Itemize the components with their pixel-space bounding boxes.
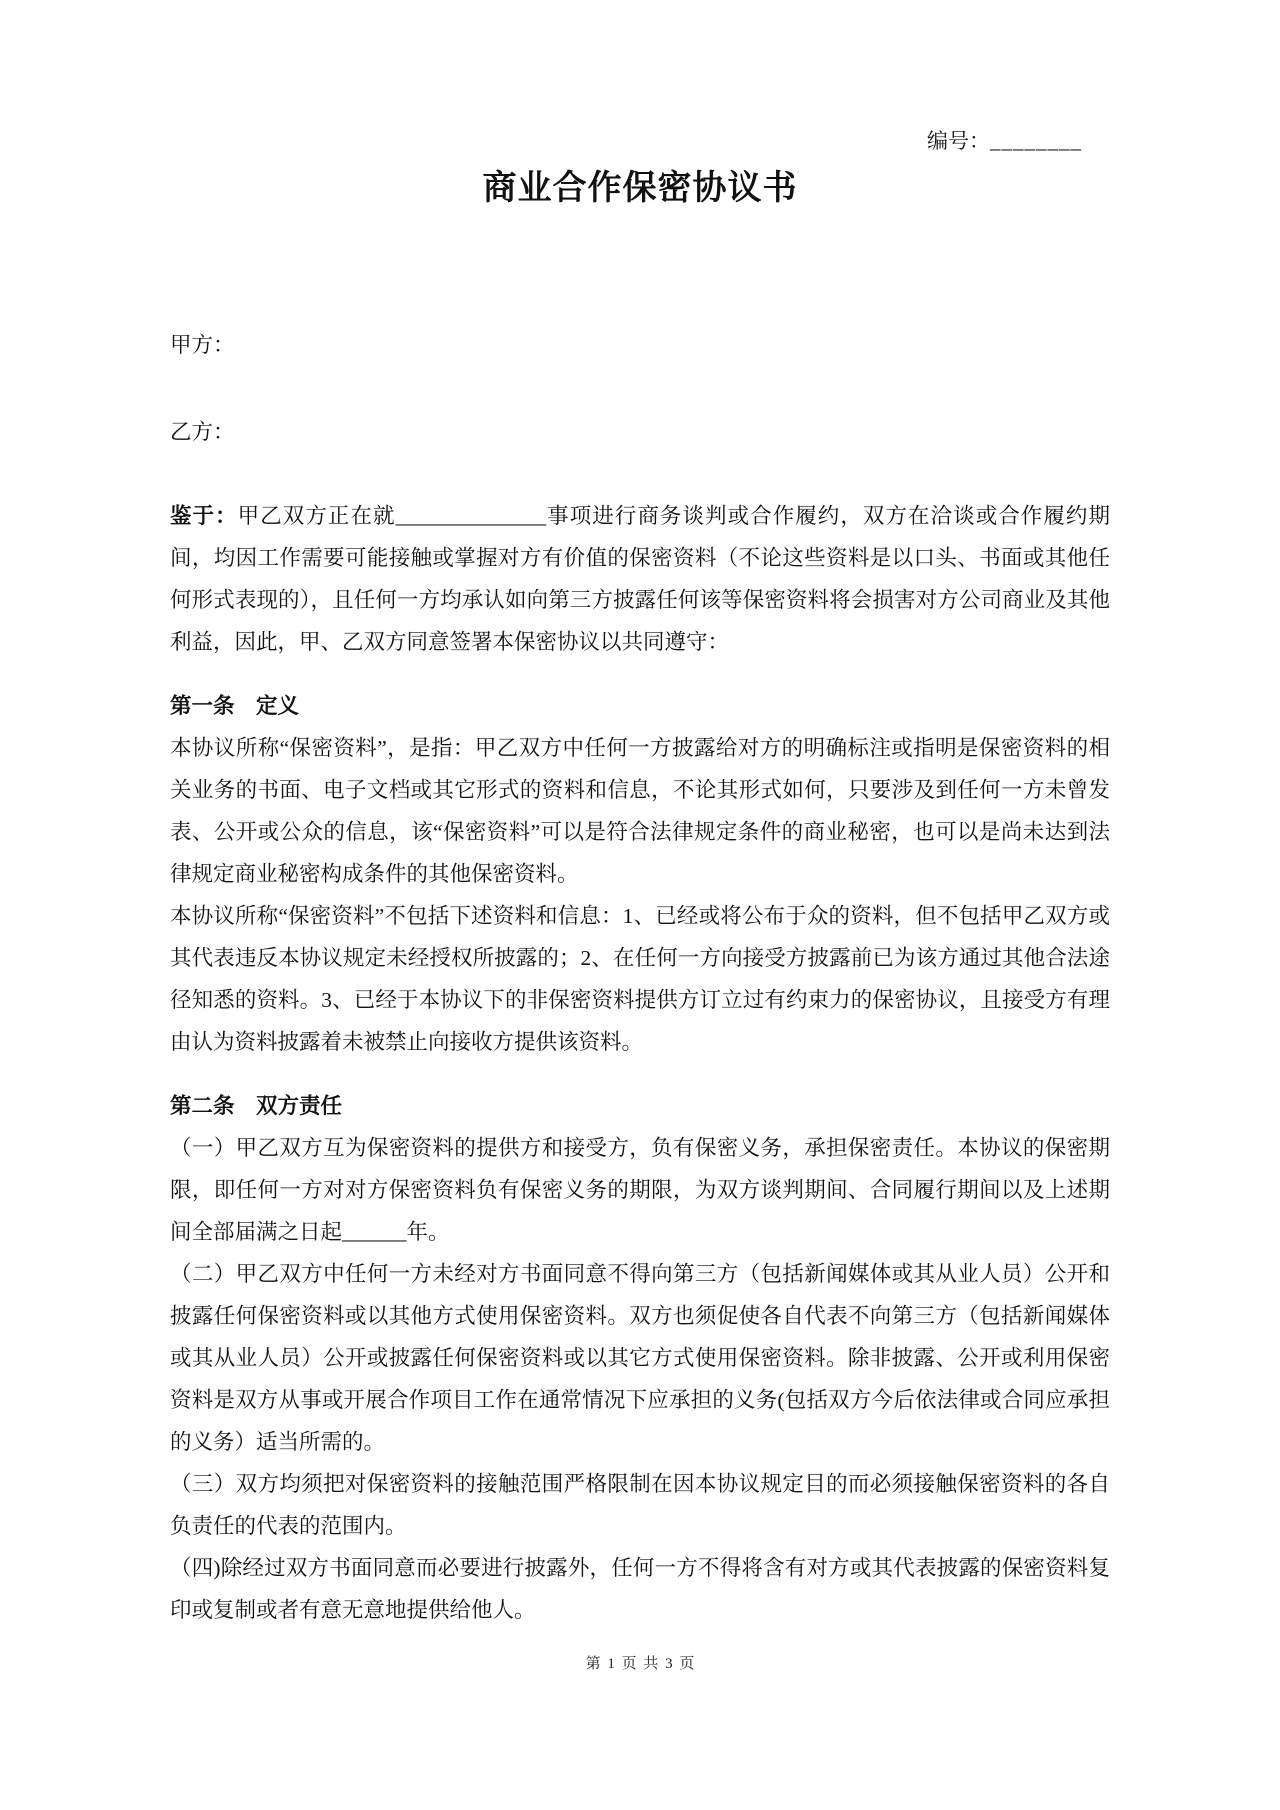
party-b-label: 乙方： xyxy=(170,411,1110,453)
article-2-item-1: （一）甲乙双方互为保密资料的提供方和接受方，负有保密义务，承担保密责任。本协议的… xyxy=(170,1127,1110,1253)
page-number-indicator: 第 1 页 共 3 页 xyxy=(0,1652,1280,1676)
document-title: 商业合作保密协议书 xyxy=(170,164,1110,214)
doc-number-blank: ________ xyxy=(990,129,1082,153)
article-2-item-4: （四)除经过双方书面同意而必要进行披露外，任何一方不得将含有对方或其代表披露的保… xyxy=(170,1547,1110,1631)
preamble-lead: 鉴于： xyxy=(170,504,238,528)
article-2-item-1-text-before-blank: （一）甲乙双方互为保密资料的提供方和接受方，负有保密义务，承担保密责任。本协议的… xyxy=(170,1136,1110,1244)
article-2-item-3: （三）双方均须把对保密资料的接触范围严格限制在因本协议规定目的而必须接触保密资料… xyxy=(170,1463,1110,1547)
article-2-item-1-text-after-blank: 年。 xyxy=(407,1220,450,1244)
preamble-paragraph: 鉴于：甲乙双方正在就______________事项进行商务谈判或合作履约，双方… xyxy=(170,495,1110,663)
preamble-text-before-blank: 甲乙双方正在就 xyxy=(238,504,396,528)
preamble-subject-blank: ______________ xyxy=(396,504,547,528)
doc-number-label: 编号： xyxy=(927,129,990,153)
article-1-paragraph-1: 本协议所称“保密资料”，是指：甲乙双方中任何一方披露给对方的明确标注或指明是保密… xyxy=(170,727,1110,895)
party-a-label: 甲方： xyxy=(170,324,1110,366)
doc-number-line: 编号：________ xyxy=(170,128,1110,154)
article-2-heading: 第二条 双方责任 xyxy=(170,1063,1110,1127)
article-1-heading: 第一条 定义 xyxy=(170,663,1110,727)
article-2-item-1-years-blank: ______ xyxy=(342,1220,407,1244)
document-page: 编号：________ 商业合作保密协议书 甲方： 乙方： 鉴于：甲乙双方正在就… xyxy=(0,0,1280,1810)
article-2-item-2: （二）甲乙双方中任何一方未经对方书面同意不得向第三方（包括新闻媒体或其从业人员）… xyxy=(170,1253,1110,1463)
article-1-paragraph-2: 本协议所称“保密资料”不包括下述资料和信息：1、已经或将公布于众的资料，但不包括… xyxy=(170,895,1110,1063)
